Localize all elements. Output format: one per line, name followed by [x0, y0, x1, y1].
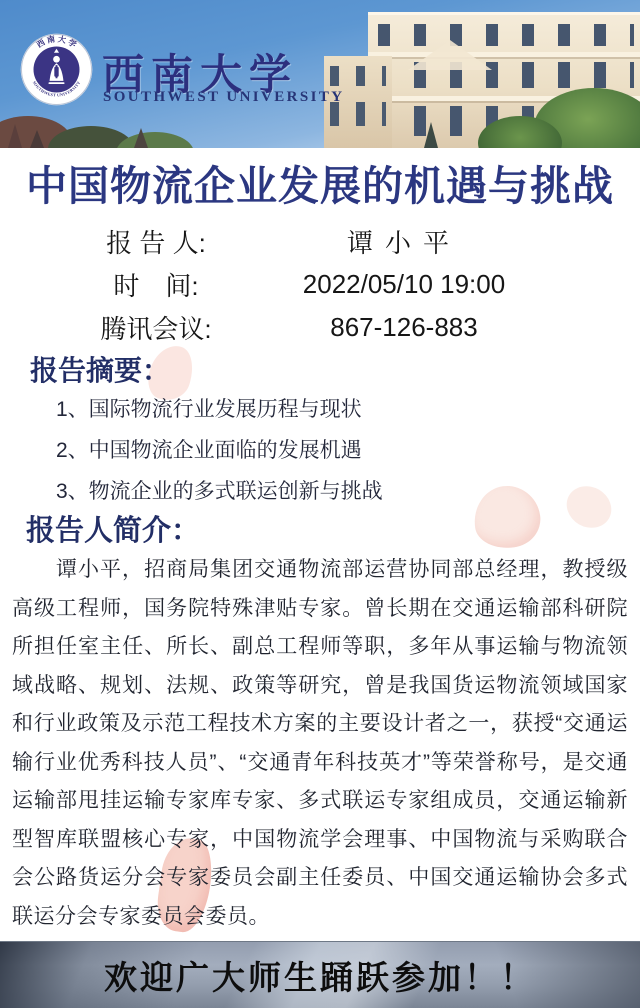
summary-item-1: 1、国际物流行业发展历程与现状 — [0, 390, 640, 429]
meeting-label: 腾讯会议: — [80, 309, 232, 346]
info-row-time: 时 间: 2022/05/10 19:00 — [0, 263, 640, 306]
time-value: 2022/05/10 19:00 — [258, 269, 550, 300]
footer-welcome-text: 欢迎广大师生踊跃参加！！ — [104, 952, 536, 999]
info-row-speaker: 报 告 人: 谭小平 — [0, 220, 640, 263]
university-seal-icon: 西 南 大 学 SOUTHWEST UNIVERSITY — [20, 33, 93, 106]
bush — [116, 132, 194, 148]
summary-item-3: 3、物流企业的多式联运创新与挑战 — [0, 472, 640, 511]
bio-text: 谭小平，招商局集团交通物流部运营协同部总经理，教授级高级工程师，国务院特殊津贴专… — [12, 551, 628, 936]
lecture-poster: 西 南 大 学 SOUTHWEST UNIVERSITY 西南大学 SOUTHW… — [0, 0, 640, 1008]
header-photo: 西 南 大 学 SOUTHWEST UNIVERSITY 西南大学 SOUTHW… — [0, 0, 640, 148]
footer-banner: 欢迎广大师生踊跃参加！！ — [0, 941, 640, 1008]
pine-tree — [30, 130, 44, 148]
summary-heading: 报告摘要： — [0, 354, 640, 388]
pine-tree — [134, 128, 148, 148]
university-name-en: SOUTHWEST UNIVERSITY — [103, 89, 345, 106]
time-label: 时 间: — [80, 266, 232, 303]
summary-item-2: 2、中国物流企业面临的发展机遇 — [0, 431, 640, 470]
pine-tree — [8, 124, 22, 148]
speaker-label: 报 告 人: — [80, 223, 232, 260]
speaker-value: 谭小平 — [258, 223, 550, 260]
pine-tree — [424, 122, 438, 148]
info-row-meeting: 腾讯会议: 867-126-883 — [0, 306, 640, 349]
meeting-value: 867-126-883 — [258, 312, 550, 343]
event-info: 报 告 人: 谭小平 时 间: 2022/05/10 19:00 腾讯会议: 8… — [0, 220, 640, 349]
bio-heading: 报告人简介： — [0, 512, 640, 550]
poster-title: 中国物流企业发展的机遇与挑战 — [0, 161, 640, 211]
building-pediment — [408, 40, 492, 70]
